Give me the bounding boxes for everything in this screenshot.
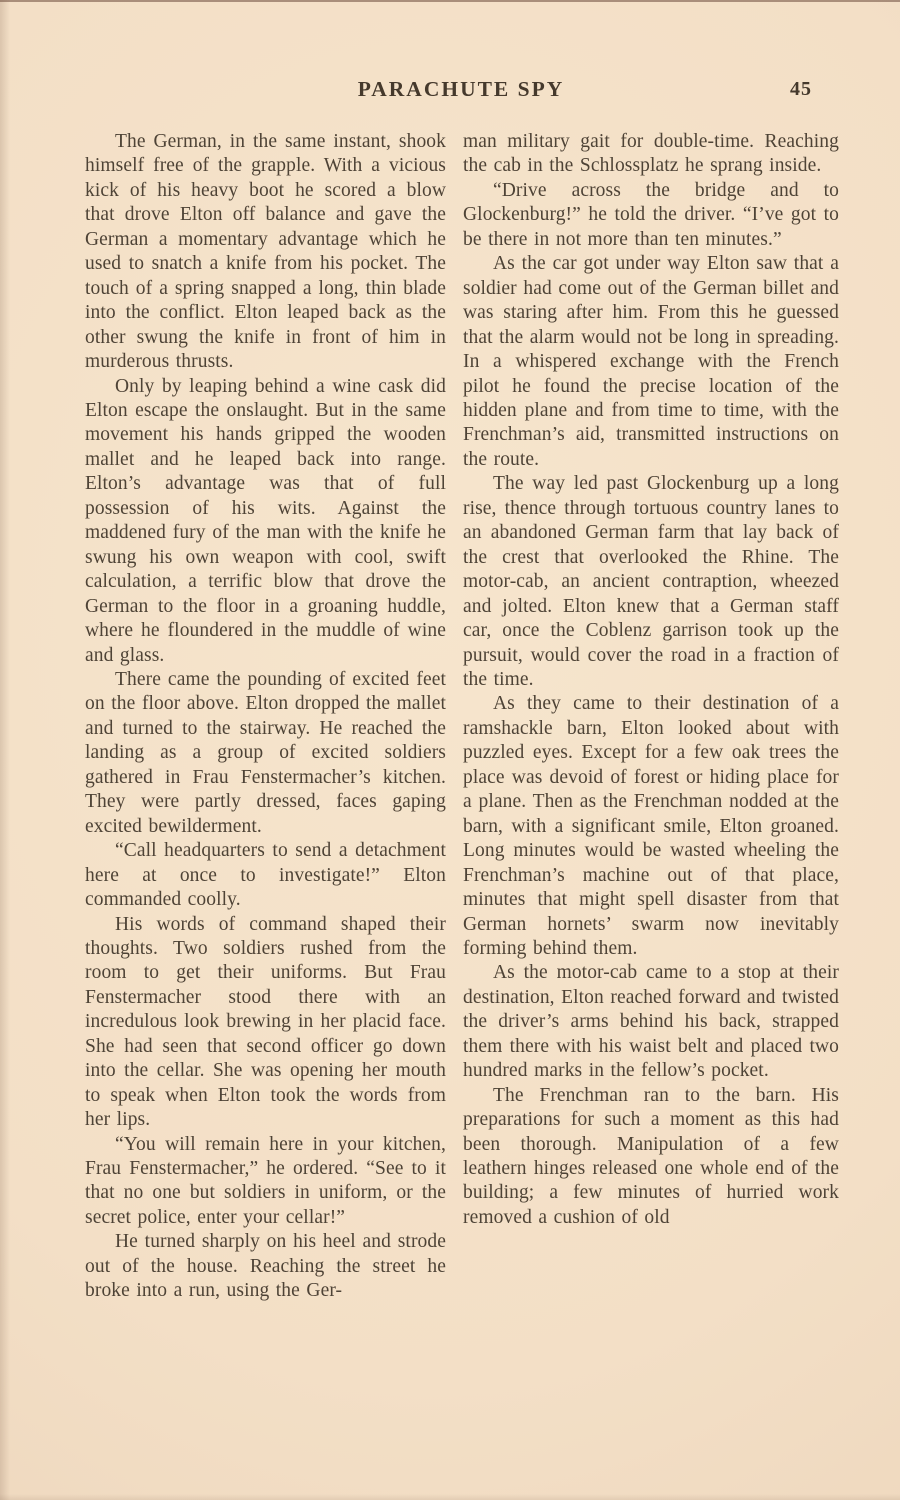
paragraph: man military gait for double-time. Reach… [463, 130, 839, 179]
paragraph: He turned sharply on his heel and strode… [85, 1230, 446, 1303]
paragraph: As the car got under way Elton saw that … [463, 252, 839, 472]
page-top-edge [0, 0, 900, 2]
left-column: The German, in the same instant, shook h… [85, 130, 446, 1304]
paragraph: “Call headquarters to send a detachment … [85, 839, 446, 912]
running-head-title: PARACHUTE SPY [85, 77, 837, 102]
page-number: 45 [790, 78, 812, 101]
paragraph: There came the pounding of excited feet … [85, 668, 446, 839]
paragraph: “You will remain here in your kitchen, F… [85, 1133, 446, 1231]
paragraph: The way led past Glockenburg up a long r… [463, 472, 839, 692]
page-header: PARACHUTE SPY 45 [85, 77, 837, 105]
paragraph: Only by leaping behind a wine cask did E… [85, 375, 446, 668]
page-bottom-edge [0, 1494, 900, 1500]
book-page: PARACHUTE SPY 45 The German, in the same… [0, 0, 900, 1500]
paragraph: “Drive across the bridge and to Glockenb… [463, 179, 839, 252]
page-left-edge [0, 0, 10, 1500]
paragraph: As the motor-cab came to a stop at their… [463, 961, 839, 1083]
paragraph: As they came to their destination of a r… [463, 692, 839, 961]
paragraph: The Frenchman ran to the barn. His prepa… [463, 1084, 839, 1231]
text-columns: The German, in the same instant, shook h… [85, 130, 839, 1304]
right-column: man military gait for double-time. Reach… [463, 130, 839, 1304]
paragraph: The German, in the same instant, shook h… [85, 130, 446, 375]
paragraph: His words of command shaped their though… [85, 913, 446, 1133]
